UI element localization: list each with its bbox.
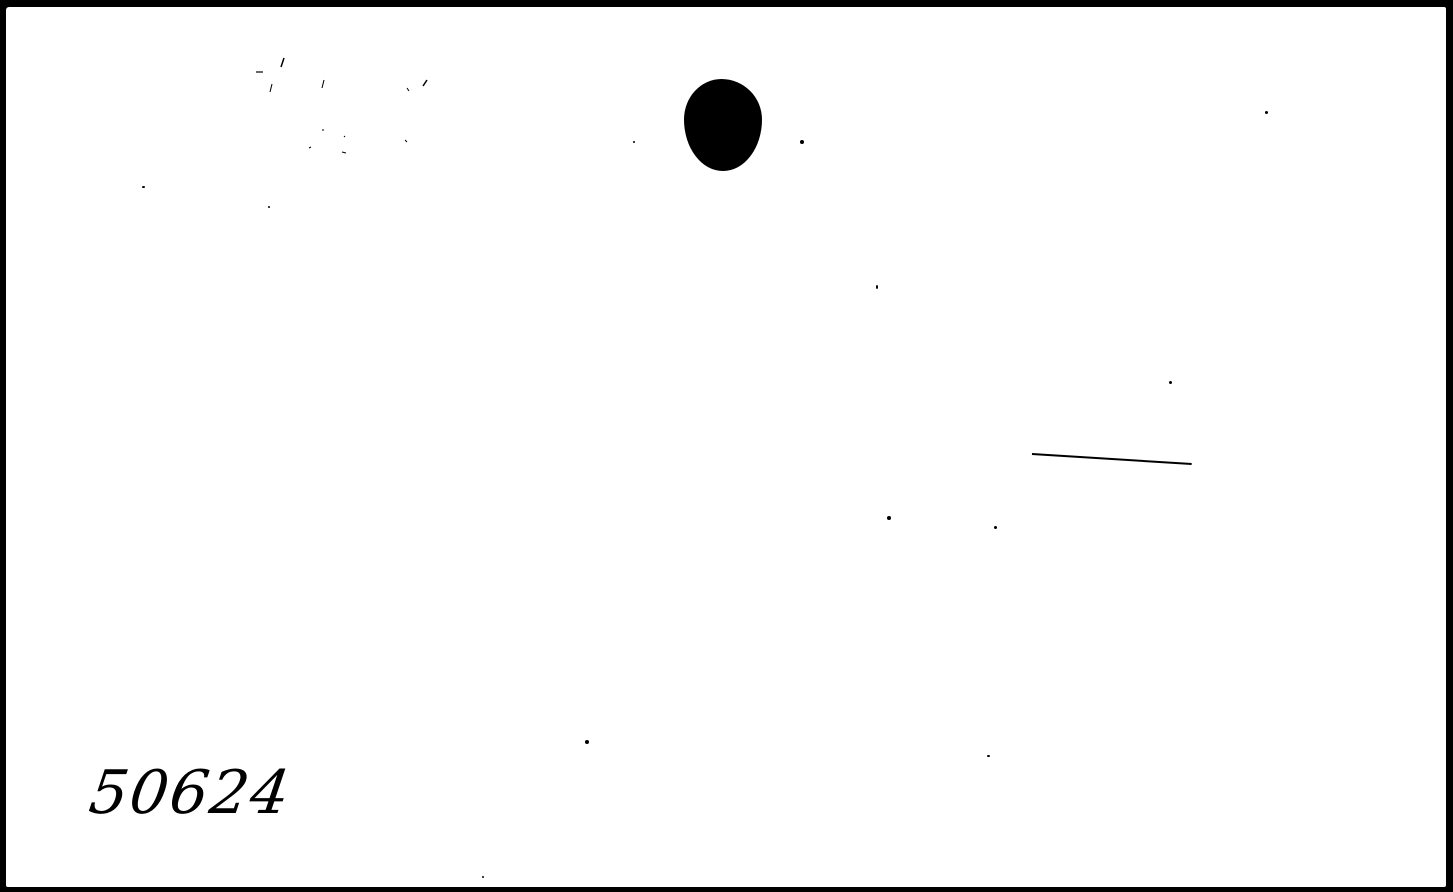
speck	[268, 206, 270, 208]
scanned-card: 50624	[6, 7, 1446, 887]
speck	[887, 516, 891, 520]
speck	[1265, 111, 1268, 114]
ink-line	[1032, 453, 1192, 465]
speck	[633, 141, 635, 143]
handwritten-catalog-number: 50624	[86, 763, 295, 823]
speck	[987, 755, 990, 757]
speck	[800, 140, 804, 144]
speck	[482, 876, 484, 878]
punch-hole	[684, 79, 762, 171]
speck	[142, 186, 145, 188]
speck	[994, 526, 997, 529]
faint-pencil-marks	[251, 52, 451, 162]
speck	[876, 285, 878, 289]
speck	[1169, 381, 1172, 384]
speck	[585, 740, 589, 744]
